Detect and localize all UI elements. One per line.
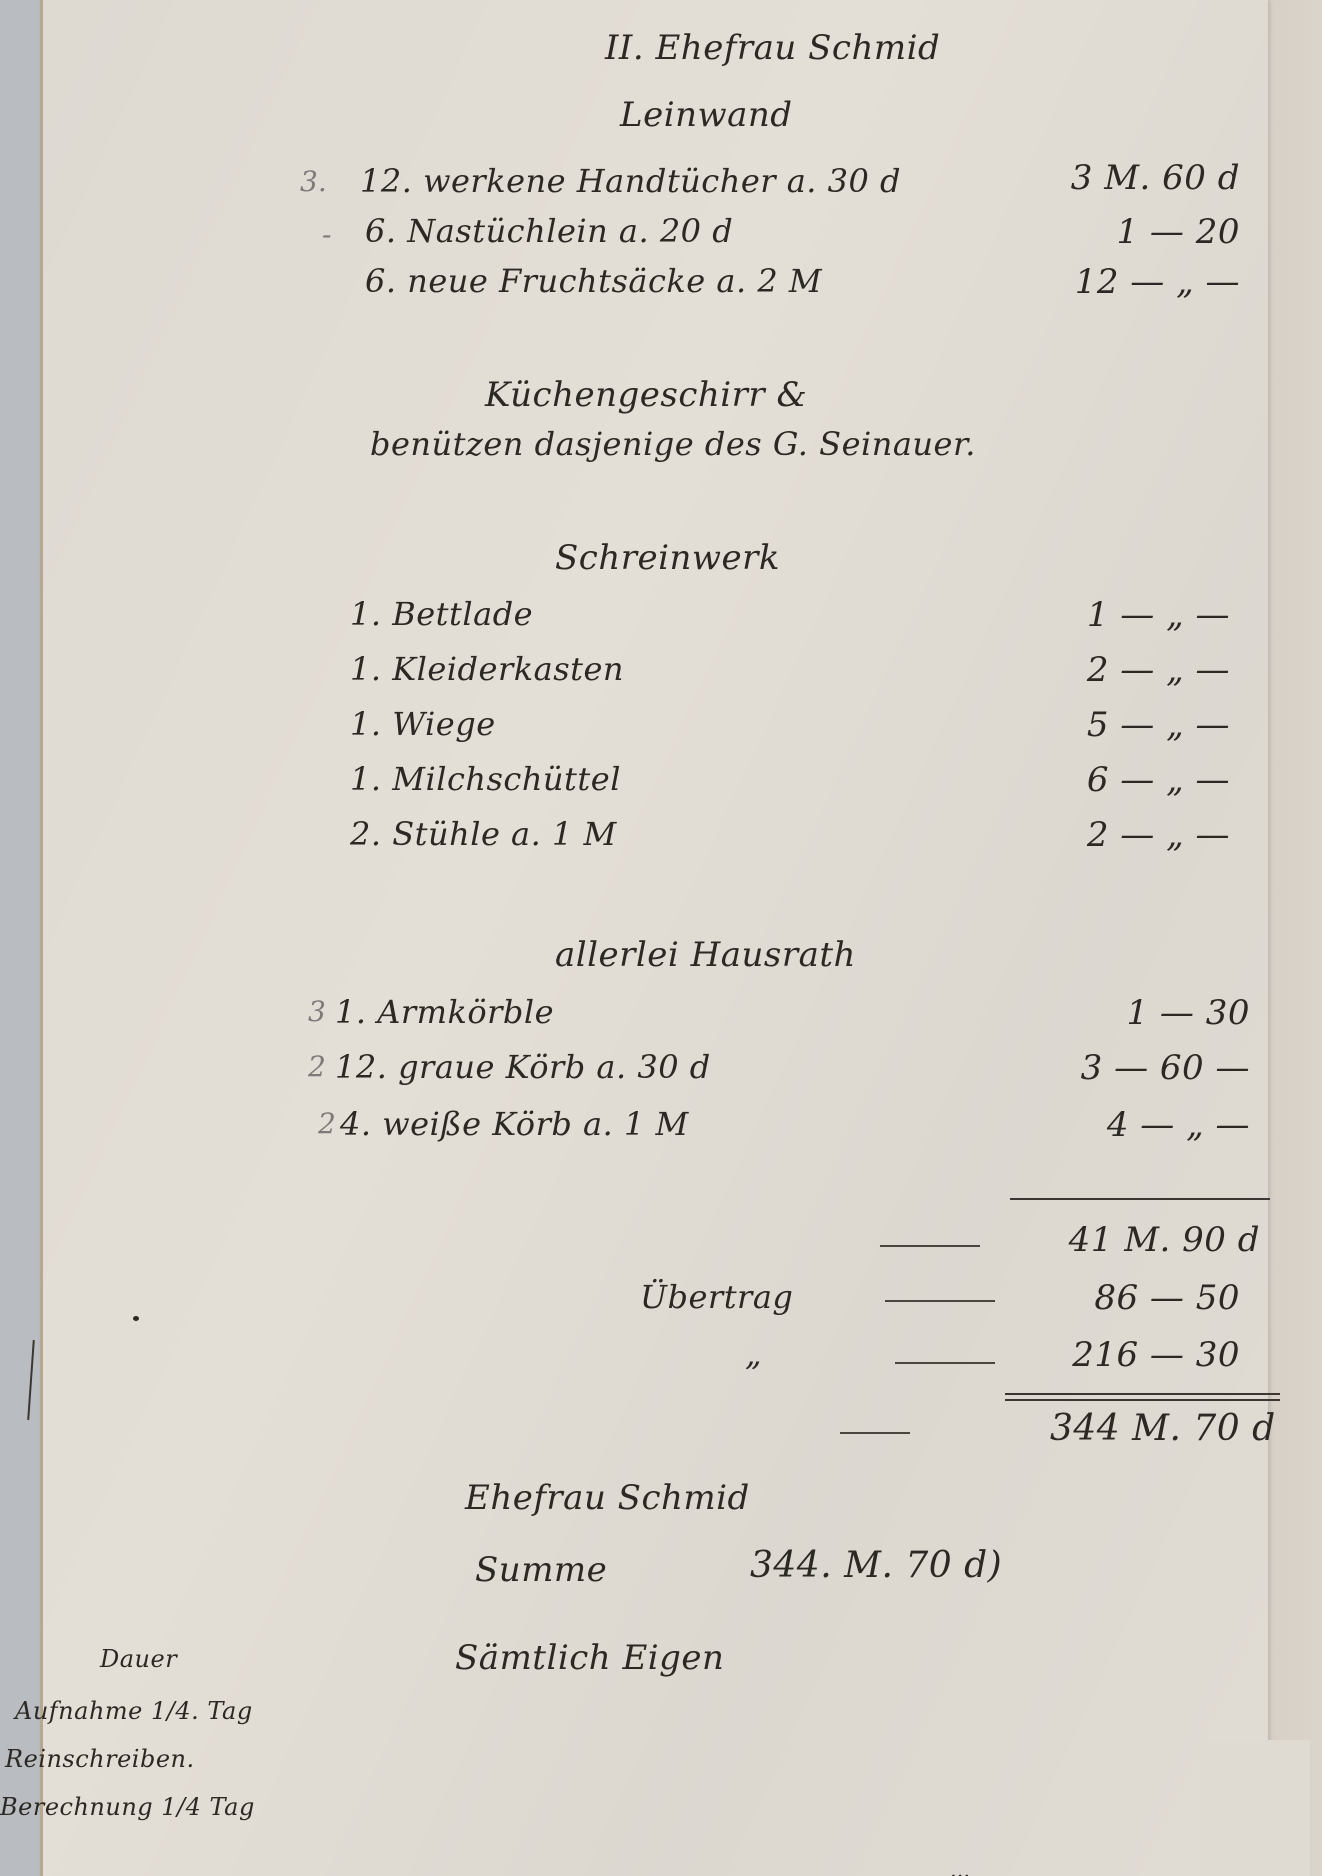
margin-mark: - <box>322 218 331 251</box>
grand-total: 344 M. 70 d <box>1050 1408 1270 1449</box>
item-amount: 2 — „ — <box>1010 650 1230 690</box>
carry-amount-1: 86 — 50 <box>1020 1278 1240 1318</box>
list-item: 6. neue Fruchtsäcke a. 2 M <box>365 262 822 300</box>
ink-dot <box>133 1316 139 1321</box>
sum-rule <box>1010 1198 1270 1200</box>
margin-note-line: Aufnahme 1/4. Tag <box>15 1697 253 1725</box>
margin-mark: 2 <box>318 1107 336 1140</box>
list-item: 6. Nastüchlein a. 20 d <box>365 212 733 250</box>
leader-line <box>895 1362 995 1364</box>
section-heading-leinwand: Leinwand <box>620 95 793 135</box>
summary-name: Ehefrau Schmid <box>465 1478 750 1518</box>
item-amount: 1 — 30 <box>1030 993 1250 1033</box>
ditto-mark: „ <box>745 1335 762 1373</box>
item-amount: 4 — „ — <box>1030 1105 1250 1145</box>
list-item: 1. Armkörble <box>335 993 554 1031</box>
list-item: 1. Wiege <box>350 705 496 743</box>
section-heading-kuechengeschirr: Küchengeschirr & <box>485 375 807 415</box>
item-amount: 3 — 60 — <box>1030 1048 1250 1088</box>
list-item: 1. Kleiderkasten <box>350 650 624 688</box>
total-double-rule-bottom <box>1005 1399 1280 1401</box>
item-amount: 12 — „ — <box>1020 262 1240 302</box>
item-amount: 2 — „ — <box>1010 815 1230 855</box>
section-heading-hausrath: allerlei Hausrath <box>555 935 856 975</box>
margin-note-line: Berechnung 1/4 Tag <box>0 1793 255 1821</box>
list-item: 1. Milchschüttel <box>350 760 621 798</box>
summary-sum-label: Summe <box>475 1550 607 1590</box>
stray-ink-mark <box>27 1340 35 1420</box>
item-amount: 1 — 20 <box>1020 212 1240 252</box>
leader-line <box>840 1432 910 1434</box>
total-double-rule-top <box>1005 1393 1280 1395</box>
list-item: 1. Bettlade <box>350 595 533 633</box>
section-note: benützen dasjenige des G. Seinauer. <box>370 425 976 463</box>
item-amount: 3 M. 60 d <box>1020 158 1240 198</box>
leader-line <box>880 1245 980 1247</box>
list-item: 12. werkene Handtücher a. 30 d <box>360 162 901 200</box>
margin-mark: 3. <box>300 165 327 198</box>
margin-mark: 2 <box>308 1050 326 1083</box>
ownership-note: Sämtlich Eigen <box>455 1638 724 1678</box>
list-item: 4. weiße Körb a. 1 M <box>340 1105 689 1143</box>
page-bottom-edge <box>1200 1740 1310 1876</box>
page-title: II. Ehefrau Schmid <box>605 28 940 68</box>
subtotal: 41 M. 90 d <box>1040 1220 1260 1260</box>
section-heading-schreinwerk: Schreinwerk <box>555 538 780 578</box>
list-item: 12. graue Körb a. 30 d <box>335 1048 711 1086</box>
list-item: 2. Stühle a. 1 M <box>350 815 617 853</box>
margin-note-line: Reinschreiben. <box>5 1745 195 1773</box>
cutoff-text: … <box>950 1858 971 1876</box>
carry-label: Übertrag <box>640 1278 793 1316</box>
item-amount: 6 — „ — <box>1010 760 1230 800</box>
margin-note-line: Dauer <box>100 1645 177 1673</box>
leader-line <box>885 1300 995 1302</box>
item-amount: 1 — „ — <box>1010 595 1230 635</box>
carry-amount-2: 216 — 30 <box>1020 1335 1240 1375</box>
margin-mark: 3 <box>308 995 326 1028</box>
summary-sum-value: 344. M. 70 d) <box>750 1545 1002 1586</box>
item-amount: 5 — „ — <box>1010 705 1230 745</box>
